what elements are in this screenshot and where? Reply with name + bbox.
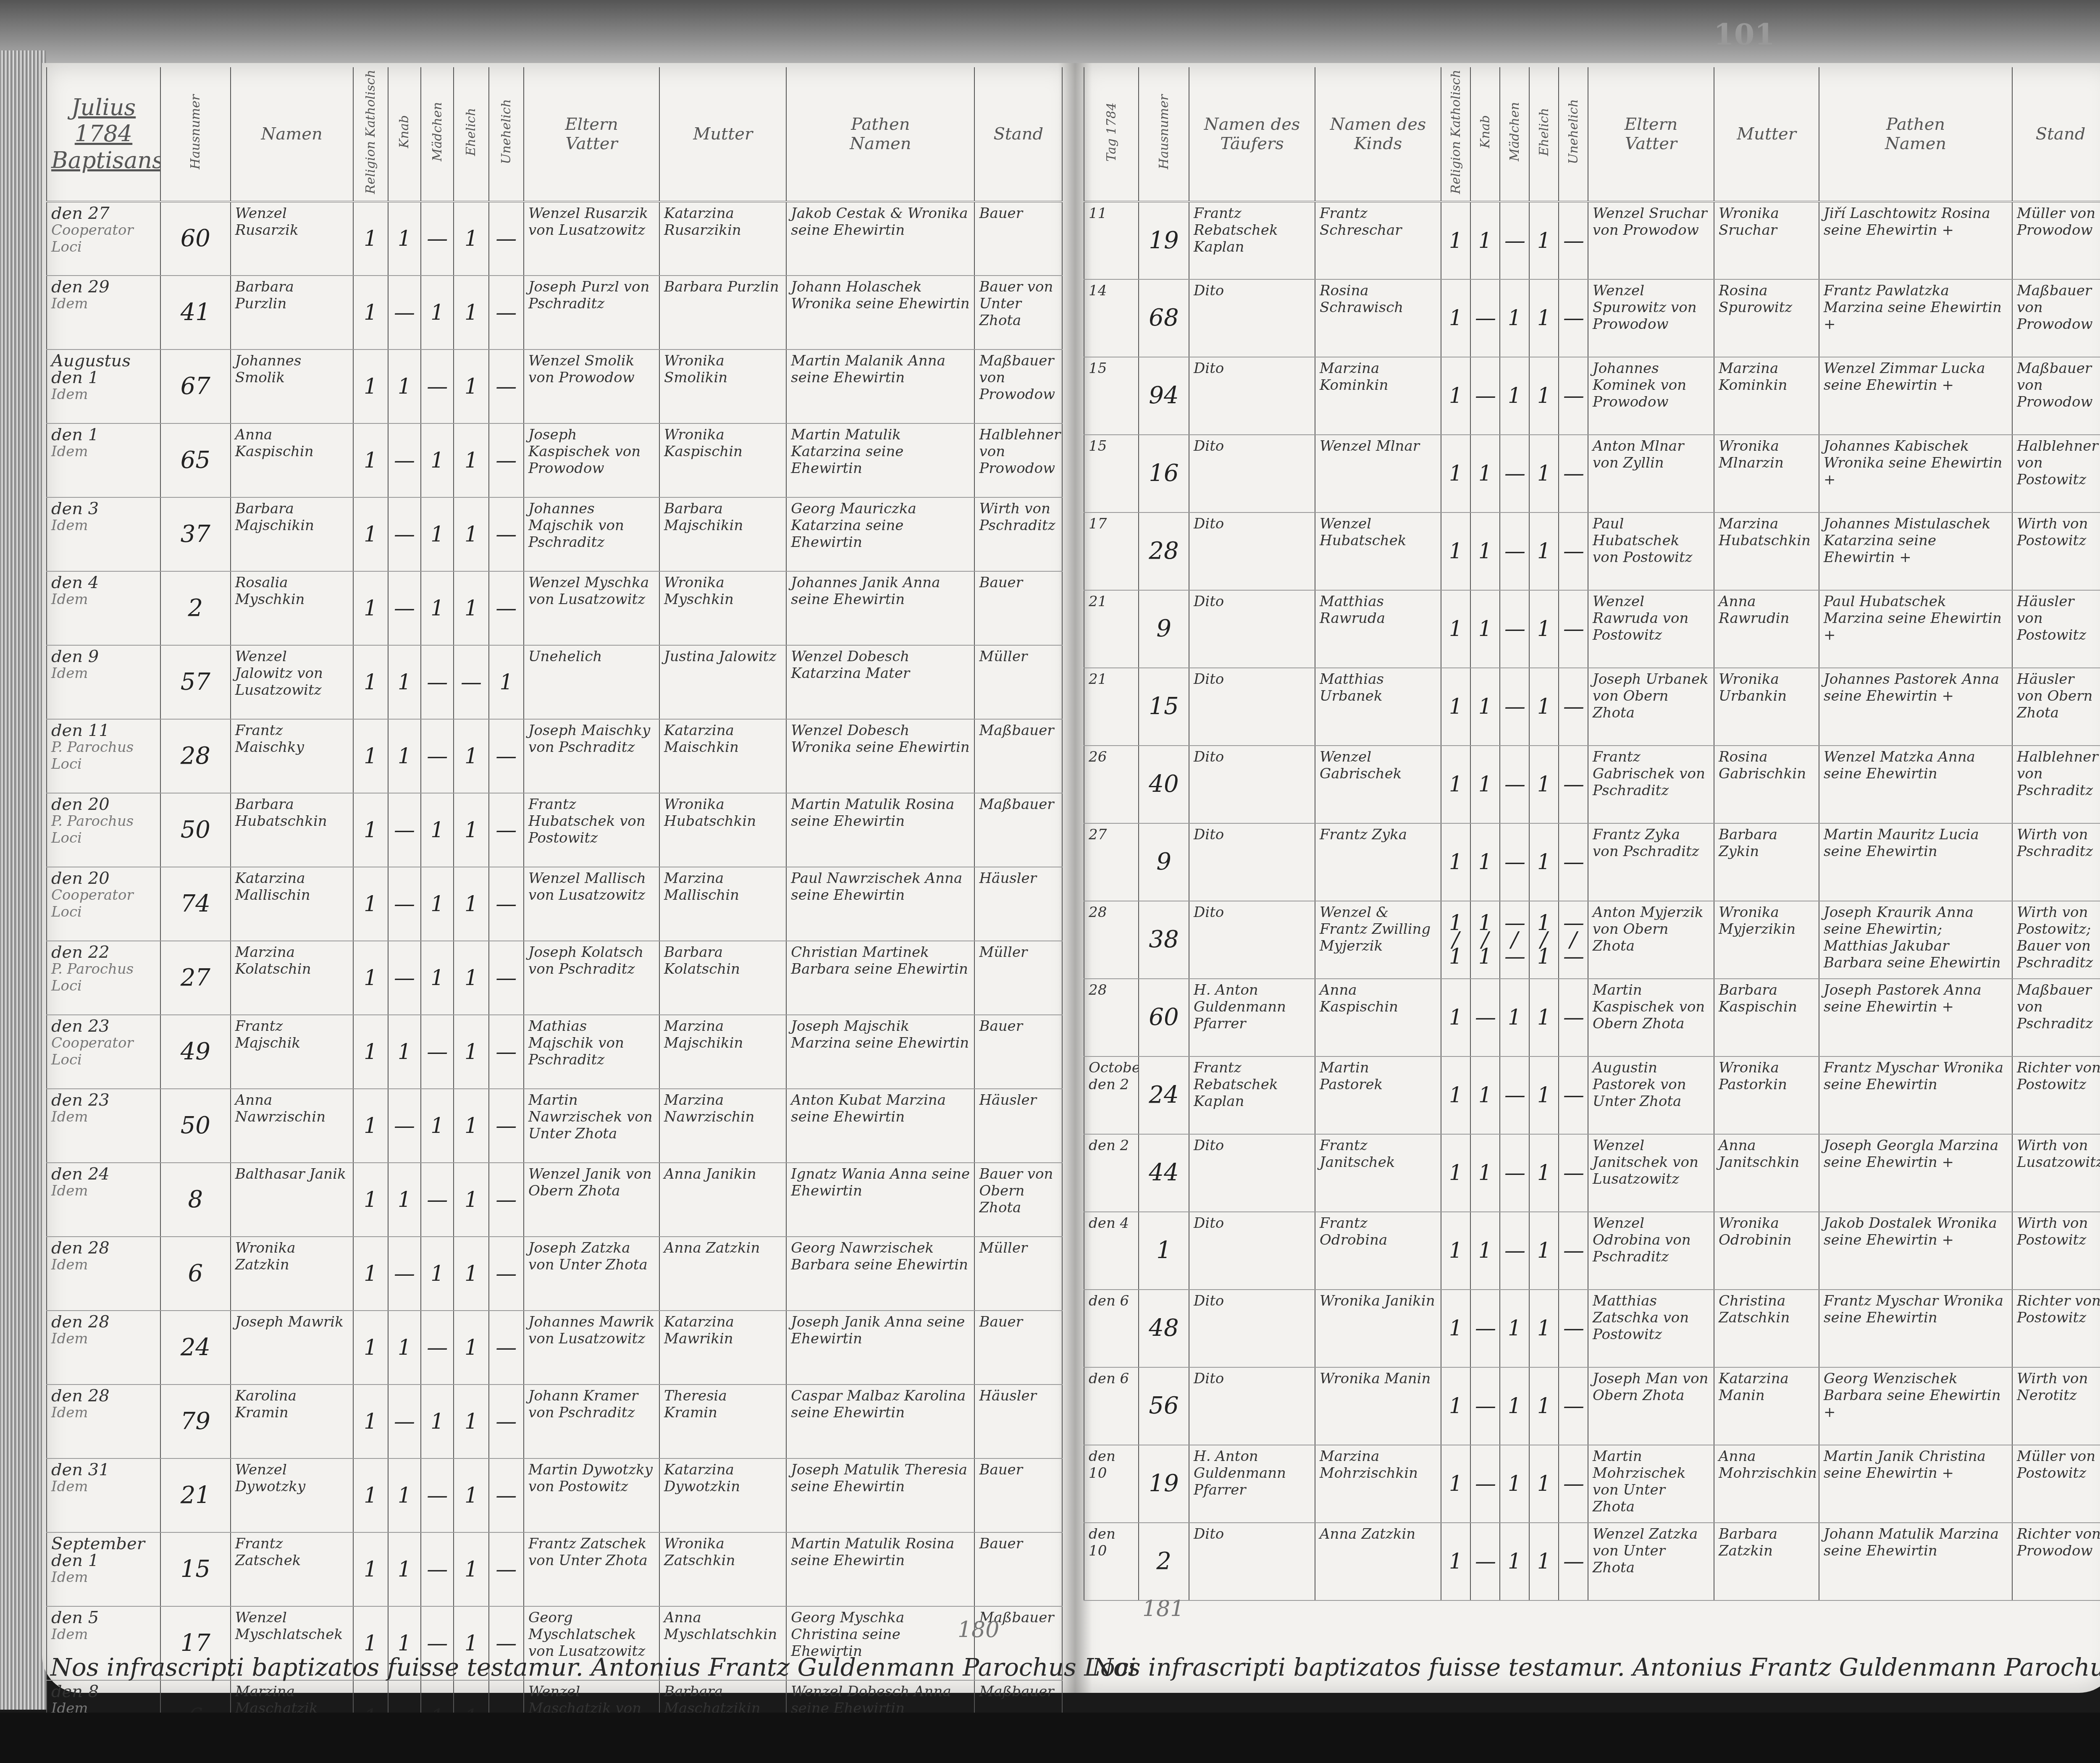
house-number: 16 xyxy=(1139,435,1189,512)
child-name: Rosina Schrawisch xyxy=(1315,279,1441,357)
religion-mark: 1 xyxy=(353,202,388,276)
baptiser-name: Dito xyxy=(1189,901,1315,979)
baptiser-name: Dito xyxy=(1189,1212,1315,1290)
legitimate-mark: 1 xyxy=(1529,1056,1559,1134)
illegitimate-mark: — xyxy=(1559,357,1588,435)
entry-date: den 27 xyxy=(51,205,156,222)
illegitimate-mark: — xyxy=(489,1385,524,1458)
entry-date: den 28 xyxy=(51,1387,156,1404)
girl-mark: — xyxy=(421,202,454,276)
godparent-status: Richter von Prowodow xyxy=(2012,1523,2100,1600)
entry-baptiser: Idem xyxy=(51,1626,156,1643)
boy-mark: — xyxy=(388,1237,421,1311)
religion-mark: 1 xyxy=(1441,1367,1470,1445)
house-number: 50 xyxy=(160,793,231,867)
godparent-names: Jakob Cestak & Wronika seine Ehewirtin xyxy=(786,202,974,276)
house-number: 28 xyxy=(1139,512,1189,590)
godparent-names: Jiří Laschtowitz Rosina seine Ehewirtin … xyxy=(1819,202,2012,279)
table-row: den 29Idem41Barbara Purzlin1—11—Joseph P… xyxy=(47,276,1062,349)
child-name: Martin Pastorek xyxy=(1315,1056,1441,1134)
house-number: 15 xyxy=(1139,668,1189,746)
boy-mark: 1 / 1 xyxy=(1470,901,1500,979)
entry-baptiser: Idem xyxy=(51,386,156,403)
table-row: den 20Cooperator Loci74Katarzina Mallisc… xyxy=(47,867,1062,941)
legitimate-mark: 1 xyxy=(454,1237,488,1311)
date-cell: den 27Cooperator Loci xyxy=(47,202,160,276)
table-row: den 1Idem65Anna Kaspischin1—11—Joseph Ka… xyxy=(47,423,1062,497)
father-name: Johann Kramer von Pschraditz xyxy=(524,1385,659,1458)
illegitimate-mark: — xyxy=(489,1163,524,1237)
legitimate-mark: 1 xyxy=(1529,1290,1559,1367)
right-header-row: Tag 1784 Hausnumer Namen des Täufers Nam… xyxy=(1084,67,2100,202)
table-row: Augustus den 1Idem67Johannes Smolik11—1—… xyxy=(47,349,1062,423)
header-status: Stand xyxy=(974,67,1062,202)
entry-baptiser: Cooperator Loci xyxy=(51,1035,156,1068)
entry-baptiser: P. Parochus Loci xyxy=(51,739,156,772)
religion-mark: 1 xyxy=(1441,1056,1470,1134)
godparent-status: Bauer xyxy=(974,1015,1062,1089)
boy-mark: 1 xyxy=(1470,823,1500,901)
table-row: 219DitoMatthias Rawruda11—1—Wenzel Rawru… xyxy=(1084,590,2100,668)
religion-mark: 1 xyxy=(1441,590,1470,668)
godparent-status: Häusler xyxy=(974,1089,1062,1163)
baptiser-name: Dito xyxy=(1189,1290,1315,1367)
religion-mark: 1 xyxy=(1441,1134,1470,1212)
entry-date: 26 xyxy=(1084,746,1139,823)
entry-date: den 20 xyxy=(51,796,156,813)
religion-mark: 1 / 1 xyxy=(1441,901,1470,979)
table-row: 1516DitoWenzel Mlnar11—1—Anton Mlnar von… xyxy=(1084,435,2100,512)
mother-name: Anna Janikin xyxy=(659,1163,786,1237)
legitimate-mark: 1 xyxy=(454,423,488,497)
entry-baptiser: Idem xyxy=(51,1330,156,1347)
legitimate-mark: 1 xyxy=(454,793,488,867)
godparent-status: Bauer von Unter Zhota xyxy=(974,276,1062,349)
header-house-no: Hausnumer xyxy=(160,67,231,202)
child-name: Marzina Mohrzischkin xyxy=(1315,1445,1441,1523)
boy-mark: 1 xyxy=(1470,435,1500,512)
mother-name: Wronika Odrobinin xyxy=(1714,1212,1819,1290)
boy-mark: — xyxy=(388,867,421,941)
entry-date: 11 xyxy=(1084,202,1139,279)
mother-name: Katarzina Dywotzkin xyxy=(659,1458,786,1532)
father-name: Frantz Hubatschek von Postowitz xyxy=(524,793,659,867)
table-row: 1728DitoWenzel Hubatschek11—1—Paul Hubat… xyxy=(1084,512,2100,590)
girl-mark: — xyxy=(1500,746,1529,823)
legitimate-mark: 1 xyxy=(454,1385,488,1458)
header-illegitimate: Unehelich xyxy=(489,67,524,202)
table-row: den 244DitoFrantz Janitschek11—1—Wenzel … xyxy=(1084,1134,2100,1212)
house-number: 50 xyxy=(160,1089,231,1163)
religion-mark: 1 xyxy=(1441,668,1470,746)
house-number: 9 xyxy=(1139,823,1189,901)
entry-baptiser: P. Parochus Loci xyxy=(51,813,156,846)
illegitimate-mark: — xyxy=(489,1015,524,1089)
legitimate-mark: 1 xyxy=(454,1458,488,1532)
girl-mark: 1 xyxy=(1500,979,1529,1056)
boy-mark: — xyxy=(1470,1367,1500,1445)
father-name: Martin Nawrzischek von Unter Zhota xyxy=(524,1089,659,1163)
mother-name: Marzina Mallischin xyxy=(659,867,786,941)
father-name: Matthias Zatschka von Postowitz xyxy=(1588,1290,1714,1367)
godparent-names: Georg Mauriczka Katarzina seine Ehewirti… xyxy=(786,497,974,571)
illegitimate-mark: — xyxy=(1559,512,1588,590)
header-date: Julius 1784 Baptisans xyxy=(47,67,160,202)
header-girl: Mädchen xyxy=(421,67,454,202)
godparent-names: Martin Matulik Rosina seine Ehewirtin xyxy=(786,1532,974,1606)
house-number: 27 xyxy=(160,941,231,1015)
girl-mark: — xyxy=(1500,202,1529,279)
legitimate-mark: 1 xyxy=(1529,1367,1559,1445)
date-cell: den 23Cooperator Loci xyxy=(47,1015,160,1089)
baptiser-name: Dito xyxy=(1189,1134,1315,1212)
godparent-names: Frantz Myschar Wronika seine Ehewirtin xyxy=(1819,1290,2012,1367)
legitimate-mark: 1 xyxy=(1529,1445,1559,1523)
table-row: den 23Cooperator Loci49Frantz Majschik11… xyxy=(47,1015,1062,1089)
father-name: Wenzel Janitschek von Lusatzowitz xyxy=(1588,1134,1714,1212)
legitimate-mark: 1 xyxy=(1529,357,1559,435)
godparent-status: Müller xyxy=(974,645,1062,719)
child-name: Wenzel & Frantz Zwilling Myjerzik xyxy=(1315,901,1441,979)
table-row: den 9Idem57Wenzel Jalowitz von Lusatzowi… xyxy=(47,645,1062,719)
table-row: den 23Idem50Anna Nawrzischin1—11—Martin … xyxy=(47,1089,1062,1163)
entry-date: den 4 xyxy=(51,574,156,591)
house-number: 60 xyxy=(160,202,231,276)
boy-mark: — xyxy=(1470,1290,1500,1367)
illegitimate-mark: — xyxy=(489,571,524,645)
boy-mark: 1 xyxy=(388,719,421,793)
entry-date: 28 xyxy=(1084,979,1139,1056)
right-register-table: Tag 1784 Hausnumer Namen des Täufers Nam… xyxy=(1084,67,2100,1601)
legitimate-mark: 1 xyxy=(454,497,488,571)
table-row: den 656DitoWronika Manin1—11—Joseph Man … xyxy=(1084,1367,2100,1445)
illegitimate-mark: — xyxy=(1559,1134,1588,1212)
illegitimate-mark: — xyxy=(1559,979,1588,1056)
house-number: 37 xyxy=(160,497,231,571)
godparent-status: Müller xyxy=(974,1237,1062,1311)
girl-mark: 1 xyxy=(1500,1290,1529,1367)
religion-mark: 1 xyxy=(353,497,388,571)
father-name: Wenzel Odrobina von Pschraditz xyxy=(1588,1212,1714,1290)
header-legitimate: Ehelich xyxy=(1529,67,1559,202)
child-name: Johannes Smolik xyxy=(231,349,353,423)
godparent-names: Johannes Mistulaschek Katarzina seine Eh… xyxy=(1819,512,2012,590)
legitimate-mark: 1 xyxy=(454,202,488,276)
date-cell: den 28Idem xyxy=(47,1385,160,1458)
child-name: Anna Nawrzischin xyxy=(231,1089,353,1163)
child-name: Karolina Kramin xyxy=(231,1385,353,1458)
father-name: Martin Dywotzky von Postowitz xyxy=(524,1458,659,1532)
godparent-names: Martin Mauritz Lucia seine Ehewirtin xyxy=(1819,823,2012,901)
child-name: Wronika Manin xyxy=(1315,1367,1441,1445)
baptiser-name: Dito xyxy=(1189,279,1315,357)
girl-mark: — xyxy=(421,1311,454,1385)
table-row: September den 1Idem15Frantz Zatschek11—1… xyxy=(47,1532,1062,1606)
baptiser-name: Frantz Rebatschek Kaplan xyxy=(1189,1056,1315,1134)
house-number: 67 xyxy=(160,349,231,423)
page-stack-left xyxy=(0,50,46,1710)
godparent-names: Martin Matulik Katarzina seine Ehewirtin xyxy=(786,423,974,497)
boy-mark: — xyxy=(1470,279,1500,357)
girl-mark: 1 xyxy=(421,1237,454,1311)
godparent-status: Bauer xyxy=(974,1458,1062,1532)
mother-name: Anna Janitschkin xyxy=(1714,1134,1819,1212)
godparent-names: Joseph Georgla Marzina seine Ehewirtin + xyxy=(1819,1134,2012,1212)
godparent-names: Johann Holaschek Wronika seine Ehewirtin xyxy=(786,276,974,349)
boy-mark: — xyxy=(388,1385,421,1458)
folio-number-left: 180 xyxy=(958,1617,999,1642)
boy-mark: 1 xyxy=(1470,1134,1500,1212)
entry-date: den 8 xyxy=(51,1683,156,1700)
child-name: Matthias Urbanek xyxy=(1315,668,1441,746)
register-book: 101 Julius 1784 Baptisans Hausnumer Name… xyxy=(0,0,2100,1763)
table-row: den 22P. Parochus Loci27Marzina Kolatsch… xyxy=(47,941,1062,1015)
illegitimate-mark: — xyxy=(489,1089,524,1163)
godparent-status: Halblehner von Pschraditz xyxy=(2012,746,2100,823)
religion-mark: 1 xyxy=(353,349,388,423)
table-row: den 4Idem2Rosalia Myschkin1—11—Wenzel My… xyxy=(47,571,1062,645)
mother-name: Marzina Majschikin xyxy=(659,1015,786,1089)
entry-date: den 24 xyxy=(51,1166,156,1182)
entry-baptiser: Idem xyxy=(51,1404,156,1421)
boy-mark: 1 xyxy=(388,349,421,423)
boy-mark: 1 xyxy=(388,1458,421,1532)
entry-baptiser: Idem xyxy=(51,1109,156,1125)
child-name: Frantz Zyka xyxy=(1315,823,1441,901)
baptiser-name: Dito xyxy=(1189,823,1315,901)
legitimate-mark: 1 xyxy=(1529,1212,1559,1290)
header-father: ElternVatter xyxy=(1588,67,1714,202)
godparent-names: Georg Nawrzischek Barbara seine Ehewirti… xyxy=(786,1237,974,1311)
legitimate-mark: 1 xyxy=(1529,590,1559,668)
boy-mark: 1 xyxy=(1470,746,1500,823)
entry-date: 21 xyxy=(1084,590,1139,668)
father-name: Wenzel Rawruda von Postowitz xyxy=(1588,590,1714,668)
house-number: 1 xyxy=(1139,1212,1189,1290)
mother-name: Wronika Zatschkin xyxy=(659,1532,786,1606)
father-name: Paul Hubatschek von Postowitz xyxy=(1588,512,1714,590)
illegitimate-mark: — xyxy=(1559,202,1588,279)
house-number: 44 xyxy=(1139,1134,1189,1212)
header-father: ElternVatter xyxy=(524,67,659,202)
godparent-status: Maßbauer von Prowodow xyxy=(2012,357,2100,435)
religion-mark: 1 xyxy=(353,1237,388,1311)
date-cell: den 29Idem xyxy=(47,276,160,349)
entry-date: 27 xyxy=(1084,823,1139,901)
religion-mark: 1 xyxy=(353,645,388,719)
house-number: 79 xyxy=(160,1385,231,1458)
godparent-names: Johann Matulik Marzina seine Ehewirtin xyxy=(1819,1523,2012,1600)
entry-date: den 1 xyxy=(51,426,156,443)
father-name: Joseph Maischky von Pschraditz xyxy=(524,719,659,793)
godparent-names: Joseph Matulik Theresia seine Ehewirtin xyxy=(786,1458,974,1532)
illegitimate-mark: — xyxy=(489,1458,524,1532)
house-number: 24 xyxy=(1139,1056,1189,1134)
religion-mark: 1 xyxy=(353,276,388,349)
legitimate-mark: 1 xyxy=(1529,202,1559,279)
table-row: den 27Cooperator Loci60Wenzel Rusarzik11… xyxy=(47,202,1062,276)
table-row: 1468DitoRosina Schrawisch1—11—Wenzel Spu… xyxy=(1084,279,2100,357)
father-name: Joseph Kolatsch von Pschraditz xyxy=(524,941,659,1015)
house-number: 15 xyxy=(160,1532,231,1606)
entry-date: den 9 xyxy=(51,648,156,665)
table-row: 2640DitoWenzel Gabrischek11—1—Frantz Gab… xyxy=(1084,746,2100,823)
father-name: Johannes Mawrik von Lusatzowitz xyxy=(524,1311,659,1385)
boy-mark: 1 xyxy=(388,1532,421,1606)
child-name: Marzina Kominkin xyxy=(1315,357,1441,435)
legitimate-mark: 1 xyxy=(454,867,488,941)
mother-name: Anna Mohrzischkin xyxy=(1714,1445,1819,1523)
religion-mark: 1 xyxy=(353,719,388,793)
header-godparents: PathenNamen xyxy=(1819,67,2012,202)
father-name: Anton Myjerzik von Obern Zhota xyxy=(1588,901,1714,979)
girl-mark: 1 xyxy=(421,1089,454,1163)
child-name: Anna Kaspischin xyxy=(231,423,353,497)
godparent-status: Richter von Postowitz xyxy=(2012,1290,2100,1367)
religion-mark: 1 xyxy=(1441,357,1470,435)
boy-mark: 1 xyxy=(1470,512,1500,590)
child-name: Barbara Purzlin xyxy=(231,276,353,349)
boy-mark: — xyxy=(388,793,421,867)
date-cell: Augustus den 1Idem xyxy=(47,349,160,423)
house-number: 94 xyxy=(1139,357,1189,435)
illegitimate-mark: — xyxy=(489,941,524,1015)
religion-mark: 1 xyxy=(353,1163,388,1237)
boy-mark: — xyxy=(388,571,421,645)
header-boy: Knab xyxy=(388,67,421,202)
religion-mark: 1 xyxy=(353,1089,388,1163)
godparent-status: Maßbauer von Pschraditz xyxy=(2012,979,2100,1056)
father-name: Unehelich xyxy=(524,645,659,719)
header-child-name: Namen xyxy=(231,67,353,202)
illegitimate-mark: — xyxy=(1559,1367,1588,1445)
attestation-left: Nos infrascripti baptizatos fuisse testa… xyxy=(50,1653,1137,1682)
godparent-status: Halblehner von Postowitz xyxy=(2012,435,2100,512)
boy-mark: 1 xyxy=(388,1163,421,1237)
legitimate-mark: 1 xyxy=(454,1089,488,1163)
house-number: 38 xyxy=(1139,901,1189,979)
religion-mark: 1 xyxy=(1441,1290,1470,1367)
boy-mark: 1 xyxy=(388,202,421,276)
date-cell: den 31Idem xyxy=(47,1458,160,1532)
religion-mark: 1 xyxy=(1441,1523,1470,1600)
table-row: 1594DitoMarzina Kominkin1—11—Johannes Ko… xyxy=(1084,357,2100,435)
godparent-names: Wenzel Zimmar Lucka seine Ehewirtin + xyxy=(1819,357,2012,435)
mother-name: Marzina Hubatschkin xyxy=(1714,512,1819,590)
boy-mark: — xyxy=(388,1089,421,1163)
child-name: Marzina Kolatschin xyxy=(231,941,353,1015)
baptiser-name: Dito xyxy=(1189,746,1315,823)
header-illegitimate: Unehelich xyxy=(1559,67,1588,202)
religion-mark: 1 xyxy=(1441,1445,1470,1523)
godparent-status: Müller xyxy=(974,941,1062,1015)
child-name: Wenzel Dywotzky xyxy=(231,1458,353,1532)
house-number: 41 xyxy=(160,276,231,349)
mother-name: Barbara Zatzkin xyxy=(1714,1523,1819,1600)
mother-name: Marzina Kominkin xyxy=(1714,357,1819,435)
father-name: Frantz Gabrischek von Pschraditz xyxy=(1588,746,1714,823)
godparent-status: Bauer xyxy=(974,202,1062,276)
mother-name: Wronika Myjerzikin xyxy=(1714,901,1819,979)
entry-date: den 3 xyxy=(51,500,156,517)
house-number: 68 xyxy=(1139,279,1189,357)
illegitimate-mark: — / — xyxy=(1559,901,1588,979)
girl-mark: — xyxy=(1500,590,1529,668)
entry-date: den 10 xyxy=(1084,1523,1139,1600)
legitimate-mark: 1 xyxy=(1529,668,1559,746)
date-cell: den 22P. Parochus Loci xyxy=(47,941,160,1015)
child-name: Matthias Rawruda xyxy=(1315,590,1441,668)
entry-date: 15 xyxy=(1084,357,1139,435)
girl-mark: 1 xyxy=(421,571,454,645)
child-name: Wenzel Jalowitz von Lusatzowitz xyxy=(231,645,353,719)
entry-baptiser: Idem xyxy=(51,1182,156,1199)
father-name: Anton Mlnar von Zyllin xyxy=(1588,435,1714,512)
table-row: den 31Idem21Wenzel Dywotzky11—1—Martin D… xyxy=(47,1458,1062,1532)
mother-name: Barbara Zykin xyxy=(1714,823,1819,901)
godparent-names: Johannes Pastorek Anna seine Ehewirtin + xyxy=(1819,668,2012,746)
girl-mark: — xyxy=(421,1458,454,1532)
girl-mark: 1 xyxy=(1500,1523,1529,1600)
date-cell: den 11P. Parochus Loci xyxy=(47,719,160,793)
header-religion: Religion Katholisch xyxy=(353,67,388,202)
godparent-names: Martin Malanik Anna seine Ehewirtin xyxy=(786,349,974,423)
table-row: den 28Idem6Wronika Zatzkin1—11—Joseph Za… xyxy=(47,1237,1062,1311)
mother-name: Wronika Mlnarzin xyxy=(1714,435,1819,512)
illegitimate-mark: — xyxy=(1559,1056,1588,1134)
godparent-names: Caspar Malbaz Karolina seine Ehewirtin xyxy=(786,1385,974,1458)
godparent-status: Maßbauer xyxy=(974,719,1062,793)
house-number: 56 xyxy=(1139,1367,1189,1445)
entry-date: den 6 xyxy=(1084,1367,1139,1445)
illegitimate-mark: — xyxy=(489,867,524,941)
godparent-names: Ignatz Wania Anna seine Ehewirtin xyxy=(786,1163,974,1237)
entry-baptiser: Idem xyxy=(51,1256,156,1273)
child-name: Wenzel Gabrischek xyxy=(1315,746,1441,823)
father-name: Martin Kaspischek von Obern Zhota xyxy=(1588,979,1714,1056)
child-name: Barbara Hubatschkin xyxy=(231,793,353,867)
illegitimate-mark: — xyxy=(489,276,524,349)
date-cell: den 3Idem xyxy=(47,497,160,571)
boy-mark: 1 xyxy=(1470,1212,1500,1290)
boy-mark: — xyxy=(388,423,421,497)
boy-mark: 1 xyxy=(1470,590,1500,668)
mother-name: Wronika Pastorkin xyxy=(1714,1056,1819,1134)
entry-date: den 2 xyxy=(1084,1134,1139,1212)
table-row: 1119Frantz Rebatschek KaplanFrantz Schre… xyxy=(1084,202,2100,279)
girl-mark: — / — xyxy=(1500,901,1529,979)
mother-name: Rosina Gabrischkin xyxy=(1714,746,1819,823)
religion-mark: 1 xyxy=(1441,823,1470,901)
legitimate-mark: 1 / 1 xyxy=(1529,901,1559,979)
godparent-names: Johannes Janik Anna seine Ehewirtin xyxy=(786,571,974,645)
boy-mark: 1 xyxy=(1470,202,1500,279)
godparent-status: Wirth von Lusatzowitz xyxy=(2012,1134,2100,1212)
illegitimate-mark: — xyxy=(489,1237,524,1311)
godparent-names: Joseph Majschik Marzina seine Ehewirtin xyxy=(786,1015,974,1089)
house-number: 60 xyxy=(1139,979,1189,1056)
illegitimate-mark: — xyxy=(1559,435,1588,512)
girl-mark: — xyxy=(1500,823,1529,901)
godparent-names: Johannes Kabischek Wronika seine Ehewirt… xyxy=(1819,435,2012,512)
date-cell: den 9Idem xyxy=(47,645,160,719)
header-religion: Religion Katholisch xyxy=(1441,67,1470,202)
father-name: Joseph Zatzka von Unter Zhota xyxy=(524,1237,659,1311)
entry-date: 21 xyxy=(1084,668,1139,746)
mother-name: Marzina Nawrzischin xyxy=(659,1089,786,1163)
legitimate-mark: 1 xyxy=(454,1532,488,1606)
house-number: 2 xyxy=(160,571,231,645)
